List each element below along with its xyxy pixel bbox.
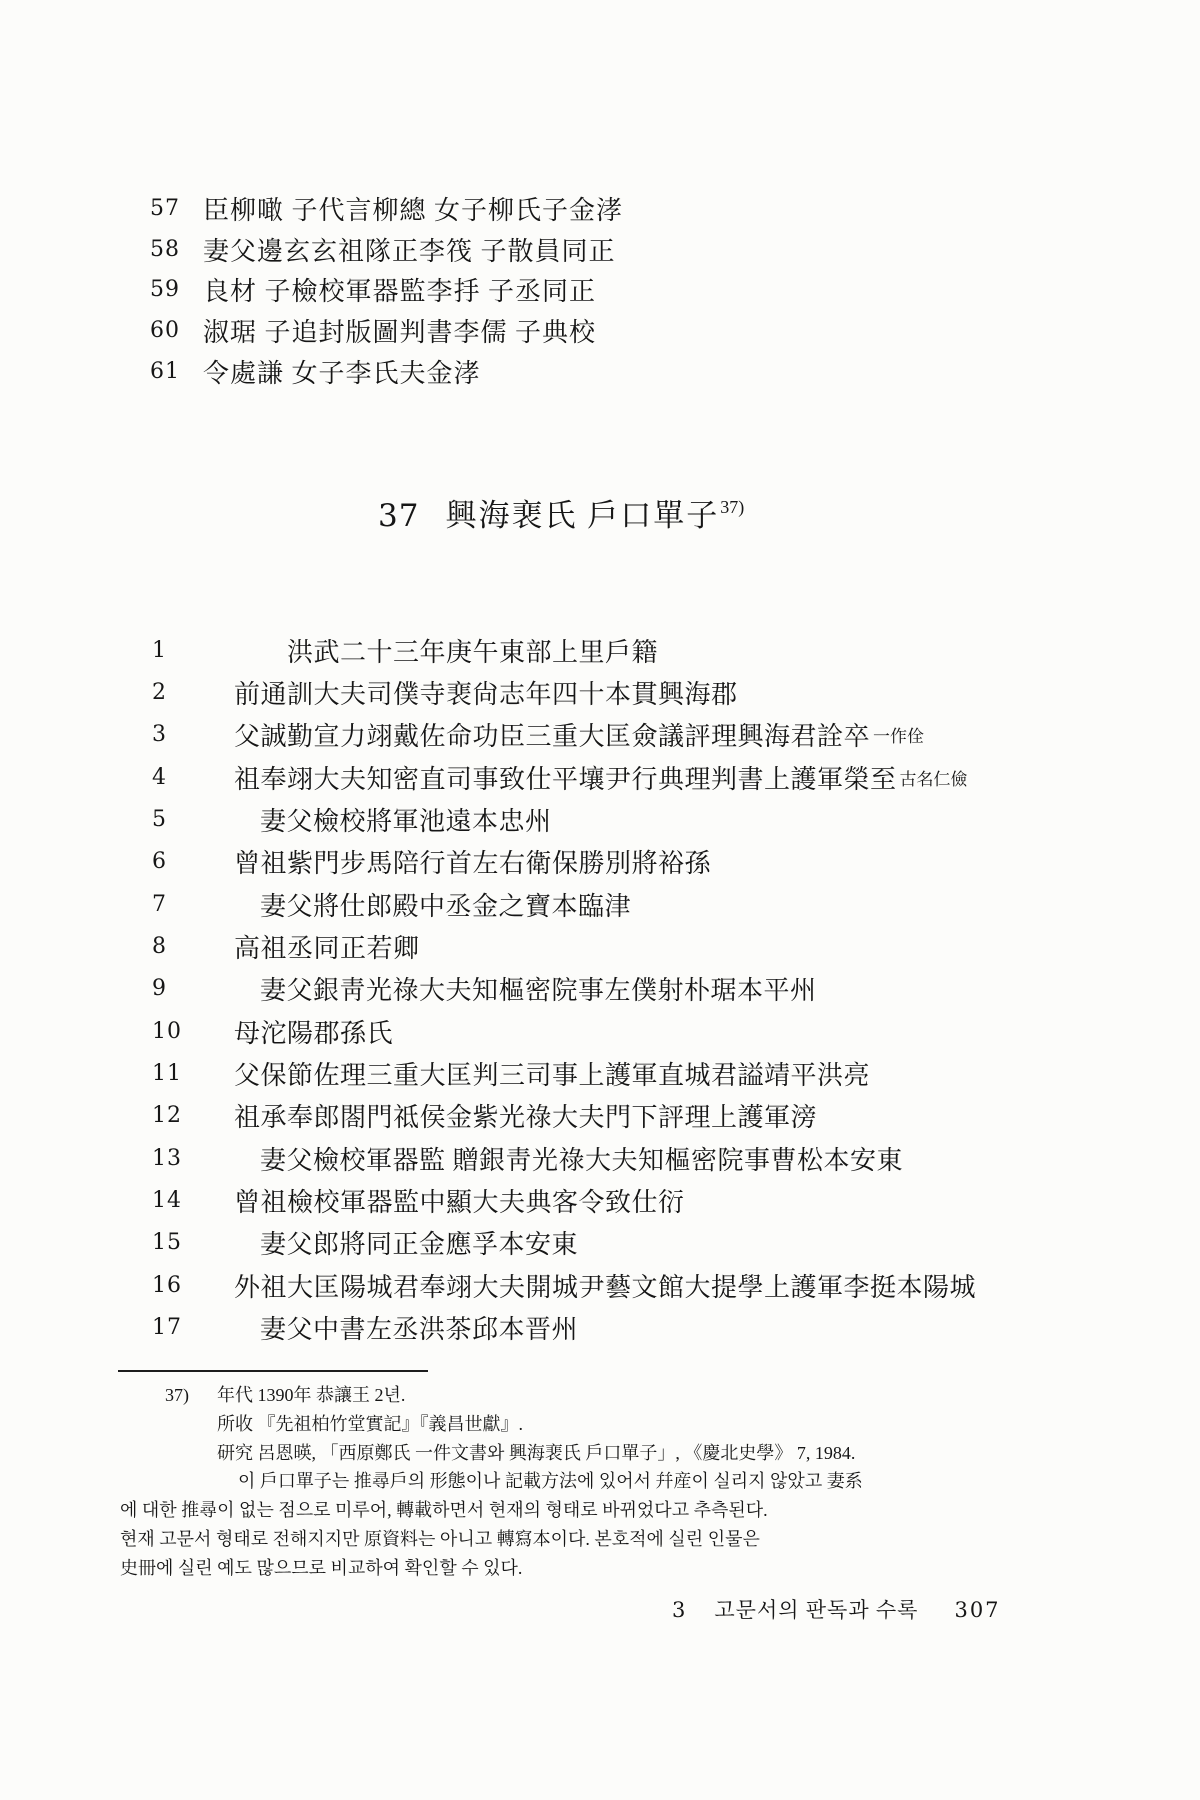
line-text: 曾祖紫門步馬陪行首左右衛保勝別將裕孫 [202, 843, 711, 880]
footnote-text: 所收 『先祖柏竹堂實記』『義昌世獻』. [217, 1414, 523, 1434]
page-footer: 3 고문서의 판독과 수록 307 [672, 1594, 1001, 1624]
list-item: 11父保節佐理三重大匡判三司事上護軍直城君謚靖平洪亮 [152, 1052, 976, 1094]
footnote-line: 所收 『先祖柏竹堂實記』『義昌世獻』. [120, 1410, 1110, 1439]
household-register-list: 1洪武二十三年庚午東部上里戶籍2前通訓大夫司僕寺裵尙志年四十本貫興海郡3父誠勤宣… [152, 629, 976, 1349]
line-number: 7 [152, 892, 202, 917]
line-number: 12 [152, 1103, 202, 1128]
line-text: 妻父銀靑光祿大夫知樞密院事左僕射朴琚本平州 [202, 970, 817, 1007]
footnote-text: 현재 고문서 형태로 전해지지만 原資料는 아니고 轉寫本이다. 본호적에 실린… [120, 1529, 760, 1549]
list-item: 4祖奉翊大夫知密直司事致仕平壤尹行典理判書上護軍榮至古名仁儉 [152, 756, 976, 798]
footnote-line: 에 대한 推尋이 없는 점으로 미루어, 轉載하면서 현재의 형태로 바뀌었다고… [120, 1496, 1110, 1525]
line-number: 13 [152, 1146, 202, 1171]
line-text: 曾祖檢校軍器監中顯大夫典客令致仕衍 [202, 1182, 685, 1219]
section-heading: 37興海裵氏 戶口單子37) [378, 490, 744, 535]
line-number: 5 [152, 807, 202, 832]
top-entry-list: 57臣柳噉 子代言柳總 女子柳氏子金涍58妻父邊玄玄祖隊正李筏 子散員同正59良… [150, 188, 623, 391]
footnote-text: 에 대한 推尋이 없는 점으로 미루어, 轉載하면서 현재의 형태로 바뀌었다고… [120, 1500, 768, 1520]
line-text: 祖奉翊大夫知密直司事致仕平壤尹行典理判書上護軍榮至 [202, 759, 897, 796]
list-item: 12祖承奉郎閤門祗侯金紫光祿大夫門下評理上護軍滂 [152, 1095, 976, 1137]
list-item: 58妻父邊玄玄祖隊正李筏 子散員同正 [150, 229, 623, 270]
list-item: 15妻父郎將同正金應孚本安東 [152, 1222, 976, 1264]
list-item: 16外祖大匡陽城君奉翊大夫開城尹藝文館大提學上護軍李挺本陽城 [152, 1264, 976, 1306]
line-number: 4 [152, 765, 202, 790]
line-number: 60 [150, 318, 194, 343]
line-number: 1 [152, 638, 202, 663]
footer-chapter-number: 3 [672, 1598, 686, 1622]
line-annotation: 一作佺 [873, 722, 924, 747]
line-text: 妻父邊玄玄祖隊正李筏 子散員同正 [203, 231, 616, 268]
line-text: 祖承奉郎閤門祗侯金紫光祿大夫門下評理上護軍滂 [202, 1097, 817, 1134]
list-item: 6曾祖紫門步馬陪行首左右衛保勝別將裕孫 [152, 841, 976, 883]
line-text: 妻父將仕郎殿中丞金之寶本臨津 [202, 886, 631, 923]
line-text: 妻父郎將同正金應孚本安東 [202, 1224, 578, 1261]
line-text: 母沱陽郡孫氏 [202, 1013, 393, 1050]
footer-chapter-title: 고문서의 판독과 수록 [714, 1594, 918, 1624]
line-text: 妻父檢校軍器監 贈銀靑光祿大夫知樞密院事曹松本安東 [202, 1140, 903, 1177]
footnote-text: 史冊에 실린 예도 많으므로 비교하여 확인할 수 있다. [120, 1558, 522, 1578]
line-number: 61 [150, 359, 194, 384]
line-number: 15 [152, 1230, 202, 1255]
line-number: 16 [152, 1273, 202, 1298]
line-text: 淑琚 子追封版圖判書李儒 子典校 [203, 312, 596, 349]
footnote: 37)年代 1390年 恭讓王 2년.所收 『先祖柏竹堂實記』『義昌世獻』.研究… [120, 1381, 1110, 1583]
line-number: 58 [150, 237, 194, 262]
list-item: 5妻父檢校將軍池遠本忠州 [152, 798, 976, 840]
list-item: 2前通訓大夫司僕寺裵尙志年四十本貫興海郡 [152, 671, 976, 713]
line-text: 父誠勤宣力翊戴佐命功臣三重大匡僉議評理興海君詮卒 [202, 716, 870, 753]
line-number: 2 [152, 680, 202, 705]
line-number: 59 [150, 277, 194, 302]
line-text: 令處謙 女子李氏夫金涍 [203, 353, 481, 390]
line-number: 6 [152, 849, 202, 874]
line-text: 父保節佐理三重大匡判三司事上護軍直城君謚靖平洪亮 [202, 1055, 870, 1092]
line-text: 良材 子檢校軍器監李抙 子丞同正 [203, 271, 596, 308]
line-text: 妻父中書左丞洪茶邱本晋州 [202, 1309, 578, 1346]
footnote-line: 研究 呂恩暎, 「西原鄭氏 一件文書와 興海裵氏 戶口單子」, 《慶北史學》 7… [120, 1439, 1110, 1468]
line-number: 17 [152, 1315, 202, 1340]
section-title: 興海裵氏 戶口單子 [445, 498, 719, 533]
list-item: 1洪武二十三年庚午東部上里戶籍 [152, 629, 976, 671]
line-number: 11 [152, 1061, 202, 1086]
line-text: 臣柳噉 子代言柳總 女子柳氏子金涍 [203, 190, 623, 227]
footnote-line: 37)年代 1390年 恭讓王 2년. [120, 1381, 1110, 1410]
footnote-label: 37) [165, 1381, 217, 1410]
line-text: 外祖大匡陽城君奉翊大夫開城尹藝文館大提學上護軍李挺本陽城 [202, 1267, 976, 1304]
list-item: 7妻父將仕郎殿中丞金之寶本臨津 [152, 883, 976, 925]
line-number: 8 [152, 934, 202, 959]
footnote-line: 현재 고문서 형태로 전해지지만 原資料는 아니고 轉寫本이다. 본호적에 실린… [120, 1525, 1110, 1554]
list-item: 8高祖丞同正若卿 [152, 925, 976, 967]
footnote-line: 이 戶口單子는 推尋戶의 形態이나 記載方法에 있어서 幷産이 실리지 않았고 … [120, 1467, 1110, 1496]
line-annotation: 古名仁儉 [900, 765, 968, 790]
list-item: 9妻父銀靑光祿大夫知樞密院事左僕射朴琚本平州 [152, 968, 976, 1010]
footnote-separator [118, 1370, 428, 1372]
line-text: 妻父檢校將軍池遠本忠州 [202, 801, 552, 838]
line-text: 洪武二十三年庚午東部上里戶籍 [202, 632, 658, 669]
list-item: 3父誠勤宣力翊戴佐命功臣三重大匡僉議評理興海君詮卒一作佺 [152, 714, 976, 756]
line-number: 14 [152, 1188, 202, 1213]
section-number: 37 [378, 498, 419, 534]
list-item: 17妻父中書左丞洪茶邱本晋州 [152, 1307, 976, 1349]
page-number: 307 [954, 1598, 1000, 1622]
line-text: 高祖丞同正若卿 [202, 928, 420, 965]
footnote-reference: 37) [720, 497, 744, 517]
line-number: 10 [152, 1019, 202, 1044]
list-item: 57臣柳噉 子代言柳總 女子柳氏子金涍 [150, 188, 623, 229]
line-number: 3 [152, 722, 202, 747]
line-text: 前通訓大夫司僕寺裵尙志年四十本貫興海郡 [202, 674, 738, 711]
footnote-text: 이 戶口單子는 推尋戶의 形態이나 記載方法에 있어서 幷産이 실리지 않았고 … [238, 1471, 863, 1491]
list-item: 60淑琚 子追封版圖判書李儒 子典校 [150, 310, 623, 351]
list-item: 14曾祖檢校軍器監中顯大夫典客令致仕衍 [152, 1179, 976, 1221]
footnote-line: 史冊에 실린 예도 많으므로 비교하여 확인할 수 있다. [120, 1554, 1110, 1583]
page: 57臣柳噉 子代言柳總 女子柳氏子金涍58妻父邊玄玄祖隊正李筏 子散員同正59良… [0, 0, 1200, 1800]
footnote-text: 年代 1390年 恭讓王 2년. [217, 1385, 405, 1405]
footnote-text: 研究 呂恩暎, 「西原鄭氏 一件文書와 興海裵氏 戶口單子」, 《慶北史學》 7… [217, 1443, 855, 1463]
line-number: 57 [150, 196, 194, 221]
list-item: 10母沱陽郡孫氏 [152, 1010, 976, 1052]
list-item: 59良材 子檢校軍器監李抙 子丞同正 [150, 269, 623, 310]
list-item: 61令處謙 女子李氏夫金涍 [150, 351, 623, 392]
line-number: 9 [152, 976, 202, 1001]
list-item: 13妻父檢校軍器監 贈銀靑光祿大夫知樞密院事曹松本安東 [152, 1137, 976, 1179]
